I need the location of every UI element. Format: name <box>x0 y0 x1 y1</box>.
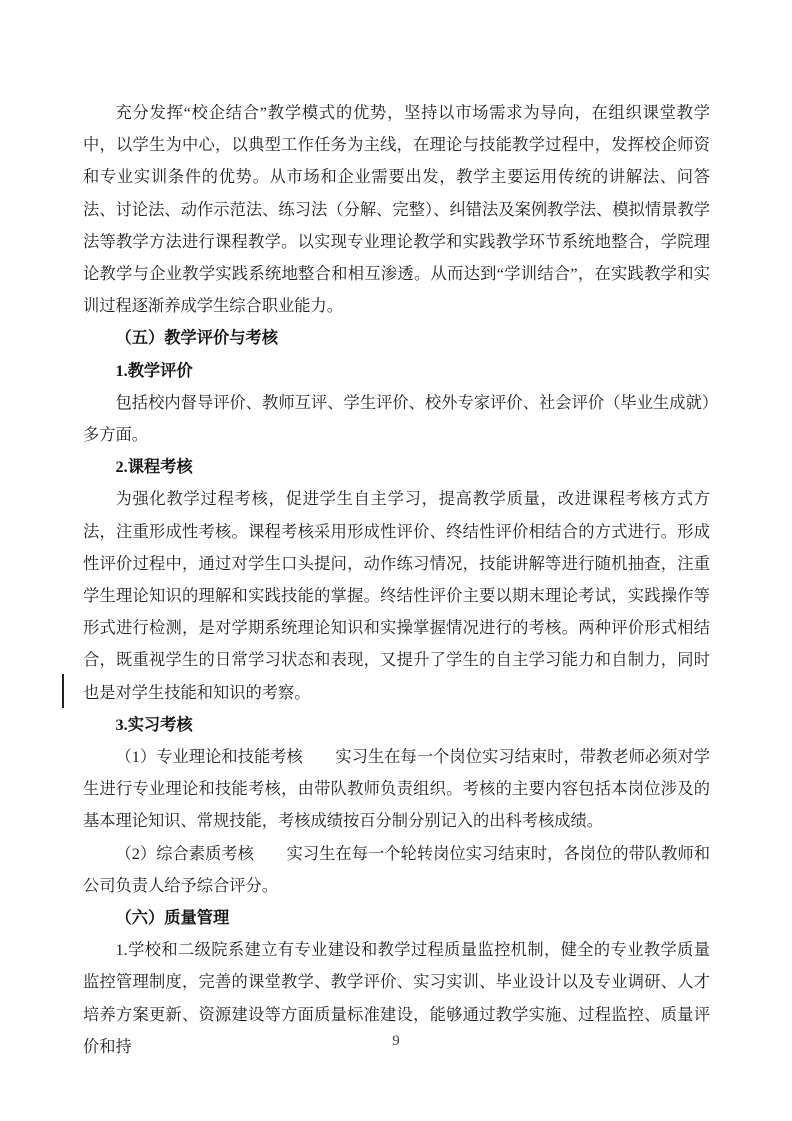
document-page: 充分发挥“校企结合”教学模式的优势，坚持以市场需求为导向，在组织课堂教学中，以学… <box>0 0 792 1121</box>
page-number: 9 <box>0 1032 792 1050</box>
heading-section-5-evaluation: （五）教学评价与考核 <box>83 322 710 354</box>
paragraph-comprehensive-quality: （2）综合素质考核 实习生在每一个轮转岗位实习结束时，各岗位的带队教师和公司负责… <box>83 838 710 902</box>
heading-course-assessment: 2.课程考核 <box>83 451 710 483</box>
heading-teaching-evaluation: 1.教学评价 <box>83 355 710 387</box>
paragraph-theory-skill-assessment: （1）专业理论和技能考核 实习生在每一个岗位实习结束时，带教老师必须对学生进行专… <box>83 741 710 838</box>
paragraph-course-assessment: 为强化教学过程考核，促进学生自主学习，提高教学质量，改进课程考核方式方法，注重形… <box>83 483 710 708</box>
revision-change-bar <box>62 674 64 708</box>
heading-internship-assessment: 3.实习考核 <box>83 709 710 741</box>
text-area: 充分发挥“校企结合”教学模式的优势，坚持以市场需求为导向，在组织课堂教学中，以学… <box>83 97 710 1063</box>
heading-section-6-quality: （六）质量管理 <box>83 902 710 934</box>
paragraph-evaluation-scope: 包括校内督导评价、教师互评、学生评价、校外专家评价、社会评价（毕业生成就）多方面… <box>83 387 710 451</box>
paragraph-teaching-mode: 充分发挥“校企结合”教学模式的优势，坚持以市场需求为导向，在组织课堂教学中，以学… <box>83 97 710 322</box>
